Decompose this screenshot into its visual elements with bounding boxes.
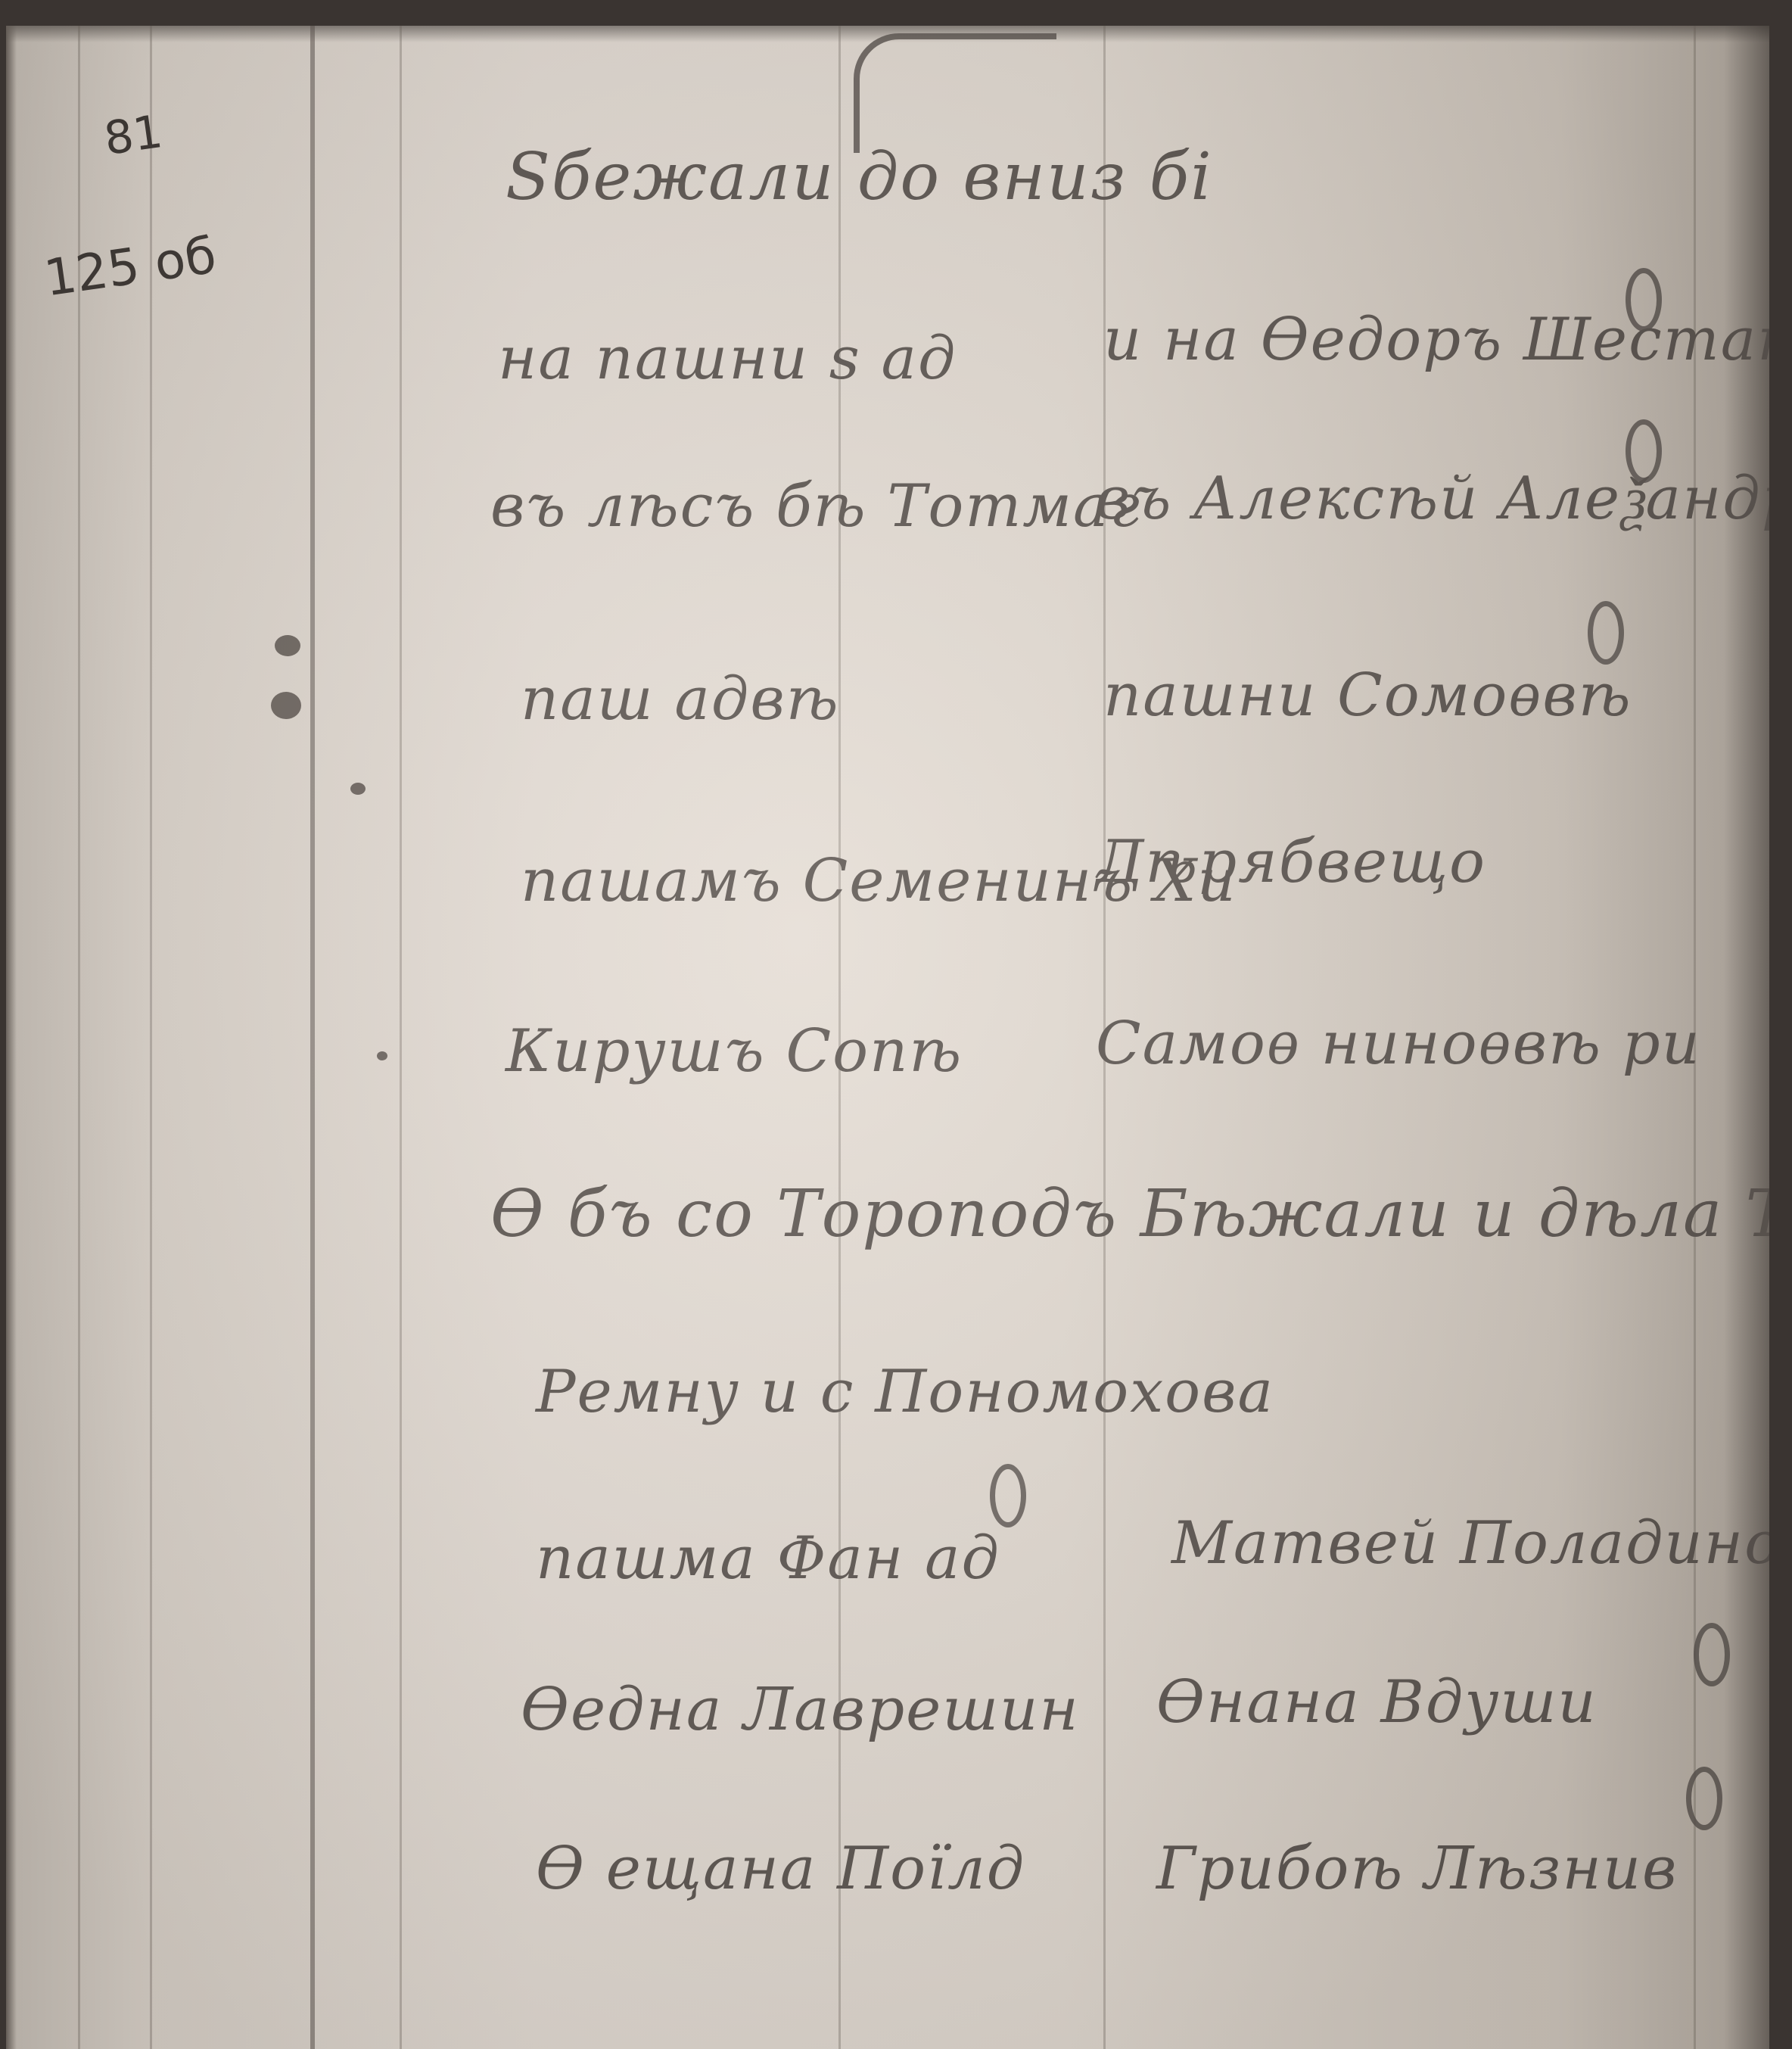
row-2-right: въ Алексѣй Алеѯандровъ [1096, 465, 1769, 533]
row-1-left: на пашни ѕ ад [498, 325, 957, 393]
ruling-line [150, 26, 152, 2049]
row-6-right: Матвей Поладино [1171, 1509, 1769, 1577]
row-4-right: Дѣрябвещо [1096, 828, 1486, 896]
ink-spot [377, 1051, 387, 1060]
ruling-line [400, 26, 402, 2049]
margin-mark: 81 [101, 105, 166, 166]
row-6-left: пашма Фан ад [536, 1524, 1000, 1593]
ink-spot [271, 692, 301, 719]
running-line-2: Ремну и с Пономохова [536, 1358, 1274, 1426]
row-3-left: паш адвѣ [521, 665, 840, 733]
page-left-edge [6, 26, 17, 2049]
row-7-right: Ѳнана Вдуши [1156, 1668, 1598, 1736]
running-line-1: Ѳ бъ со Тороподъ Бѣжали и дѣла Торадо [490, 1176, 1769, 1252]
margin-rule [310, 26, 315, 2049]
loop-flourish-icon [1686, 1767, 1722, 1830]
ruling-line [78, 26, 80, 2049]
loop-flourish-icon [1694, 1623, 1730, 1686]
ink-spot [275, 635, 300, 656]
ink-spot [350, 783, 366, 795]
row-3-right: пашни Сомоѳвѣ [1103, 662, 1632, 730]
row-1-right: и на Ѳедоръ Шестаков [1103, 306, 1769, 374]
scan-frame: 81 125 об Ѕбежали до вниз бі на пашни ѕ … [0, 0, 1792, 2049]
manuscript-page: 81 125 об Ѕбежали до вниз бі на пашни ѕ … [6, 26, 1769, 2049]
row-2-left: въ лѣсъ бѣ Тотмаг [490, 472, 1141, 540]
row-8-right: Грибоѣ Лѣзнив [1156, 1835, 1678, 1903]
folio-number: 125 об [41, 226, 220, 308]
loop-flourish-icon [1626, 419, 1662, 483]
loop-flourish-icon [990, 1464, 1026, 1527]
flourish-icon [854, 33, 1056, 153]
row-7-left: Ѳедна Лаврешин [521, 1676, 1080, 1744]
row-5-right: Самоѳ ниноѳвѣ ри [1096, 1010, 1701, 1078]
loop-flourish-icon [1626, 268, 1662, 332]
row-5-left: Кирушъ Сопѣ [506, 1017, 963, 1085]
row-8-left: Ѳ ещана Поїлд [536, 1835, 1025, 1903]
loop-flourish-icon [1588, 601, 1624, 665]
